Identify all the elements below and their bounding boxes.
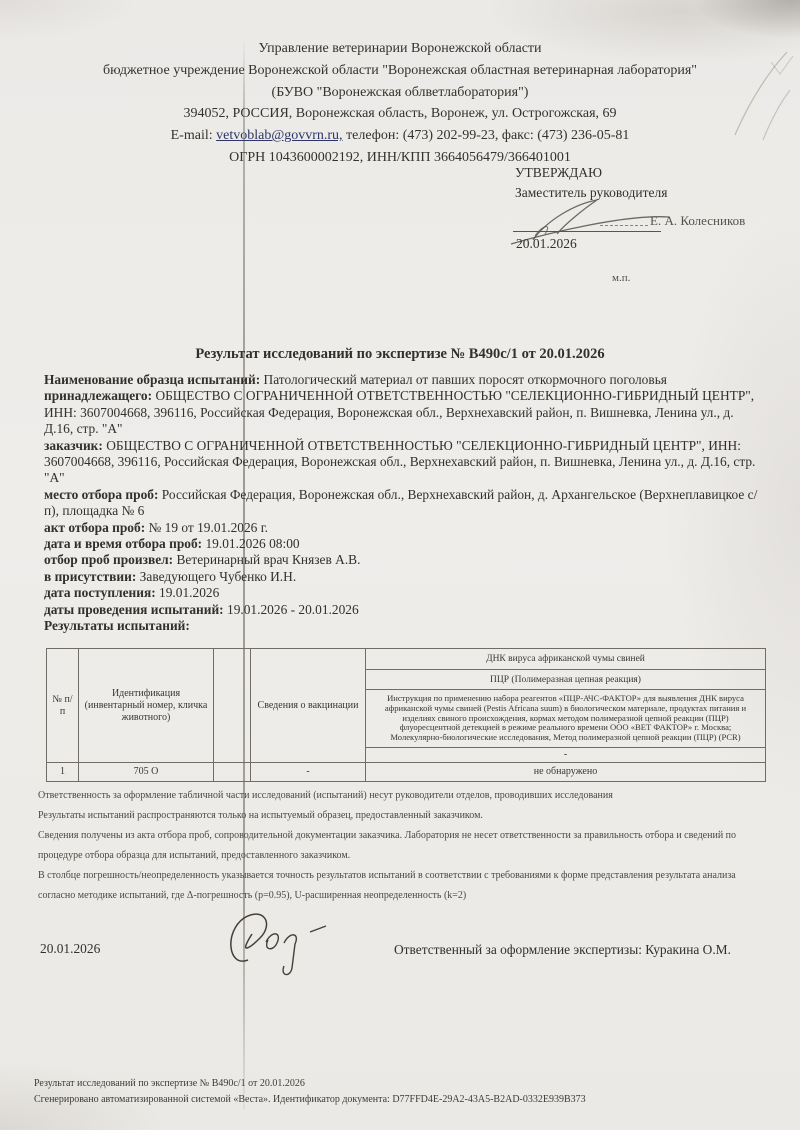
detail-owner: принадлежащего: ОБЩЕСТВО С ОГРАНИЧЕННОЙ … <box>44 388 766 437</box>
detail-sampling-datetime: дата и время отбора проб: 19.01.2026 08:… <box>44 536 766 552</box>
approver-name: Е. А. Колесников <box>650 213 745 229</box>
detail-witness: в присутствии: Заведующего Чубенко И.Н. <box>44 569 766 585</box>
detail-sampler: отбор проб произвел: Ветеринарный врач К… <box>44 552 766 568</box>
detail-sample-name: Наименование образца испытаний: Патологи… <box>44 372 766 388</box>
cell-vaccination: - <box>251 763 366 782</box>
page-title: Результат исследований по экспертизе № В… <box>40 346 760 363</box>
table-row: 1 705 O - не обнаружено <box>47 763 766 782</box>
footnote: Ответственность за оформление табличной … <box>38 786 764 806</box>
phone-fax: телефон: (473) 202-99-23, факс: (473) 23… <box>346 128 629 143</box>
cell-identification: 705 O <box>79 763 214 782</box>
footer-generated-line: Сгенерировано автоматизированной системо… <box>34 1092 774 1108</box>
org-name: Управление ветеринарии Воронежской облас… <box>40 38 760 60</box>
col-header-vaccination: Сведения о вакцинации <box>251 649 366 763</box>
approval-date: 20.01.2026 <box>516 236 577 252</box>
approve-word: УТВЕРЖДАЮ <box>515 163 795 183</box>
signoff-date: 20.01.2026 <box>40 941 100 957</box>
document-footer: Результат исследований по экспертизе № В… <box>34 1076 774 1108</box>
footnote: В столбце погрешность/неопределенность у… <box>38 866 764 906</box>
result-method-header: ПЦР (Полимеразная цепная реакция) <box>366 670 766 690</box>
results-table: № п/п Идентификация (инвентарный номер, … <box>46 648 766 782</box>
signature-line <box>513 231 661 232</box>
detail-sampling-act: акт отбора проб: № 19 от 19.01.2026 г. <box>44 520 766 536</box>
footnotes-block: Ответственность за оформление табличной … <box>38 786 764 906</box>
detail-sampling-place: место отбора проб: Российская Федерация,… <box>44 487 766 520</box>
cell-result: не обнаружено <box>366 763 766 782</box>
letterhead: Управление ветеринарии Воронежской облас… <box>40 38 760 169</box>
org-full-name: бюджетное учреждение Воронежской области… <box>40 60 760 82</box>
details-block: Наименование образца испытаний: Патологи… <box>44 372 766 635</box>
signature-dashes <box>600 225 648 226</box>
email-link[interactable]: vetvoblab@govvrn.ru, <box>216 128 342 143</box>
footnote: Результаты испытаний распространяются то… <box>38 806 764 826</box>
detail-test-dates: даты проведения испытаний: 19.01.2026 - … <box>44 602 766 618</box>
result-subheader: - <box>366 748 766 763</box>
detail-customer: заказчик: ОБЩЕСТВО С ОГРАНИЧЕННОЙ ОТВЕТС… <box>44 438 766 487</box>
footer-expertise-line: Результат исследований по экспертизе № В… <box>34 1076 774 1092</box>
org-contacts: E-mail: vetvoblab@govvrn.ru, телефон: (4… <box>40 125 760 147</box>
footnote: Сведения получены из акта отбора проб, с… <box>38 826 764 866</box>
org-short-name: (БУВО "Воронежская облветлаборатория") <box>40 82 760 104</box>
scanned-document-page: Управление ветеринарии Воронежской облас… <box>0 0 800 1130</box>
stamp-placeholder: м.п. <box>612 272 630 284</box>
detail-receipt-date: дата поступления: 19.01.2026 <box>44 585 766 601</box>
col-header-number: № п/п <box>47 649 79 763</box>
specialist-signature <box>210 898 340 978</box>
email-label: E-mail: <box>171 128 213 143</box>
col-header-identification: Идентификация (инвентарный номер, кличка… <box>79 649 214 763</box>
org-address: 394052, РОССИЯ, Воронежская область, Вор… <box>40 103 760 125</box>
cell-number: 1 <box>47 763 79 782</box>
detail-results-heading: Результаты испытаний: <box>44 618 766 634</box>
result-instruction: Инструкция по применению набора реагенто… <box>366 690 766 748</box>
responsible-person: Ответственный за оформление экспертизы: … <box>394 942 774 958</box>
result-group-header: ДНК вируса африканской чумы свиней <box>366 649 766 670</box>
col-header-empty <box>214 649 251 763</box>
cell-empty <box>214 763 251 782</box>
